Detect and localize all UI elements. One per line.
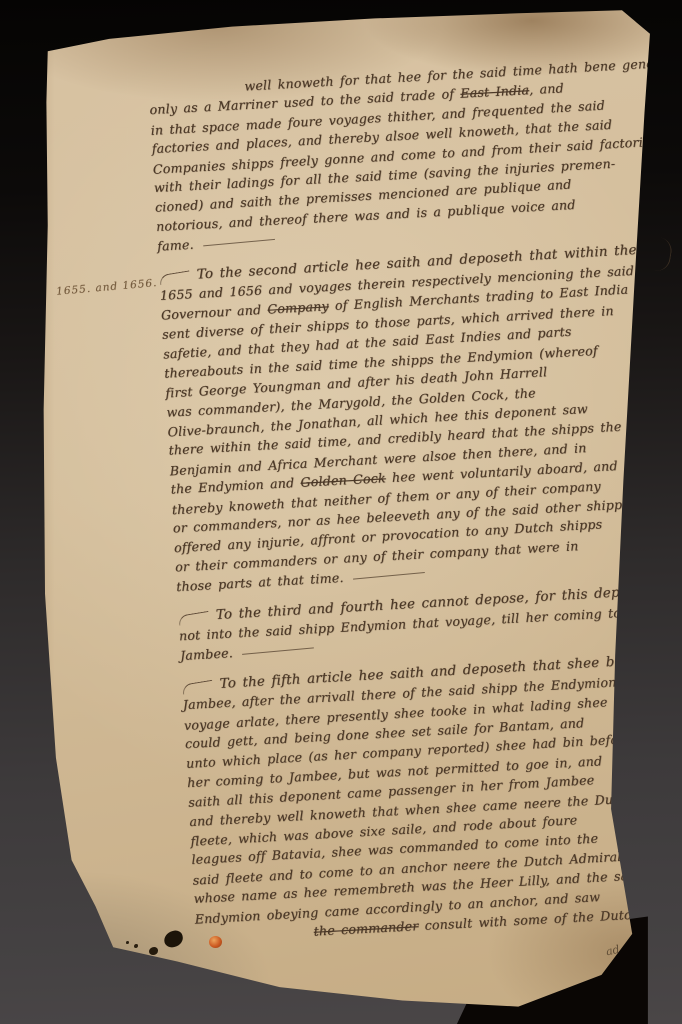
- facing-page-edge: [645, 0, 682, 1024]
- manuscript-photo: 1655. and 1656. well knoweth for that he…: [0, 0, 682, 1024]
- ink-blot-orange: [209, 936, 222, 948]
- ink-blot-speck: [134, 944, 138, 948]
- paragraph: To the third and fourth hee cannot depos…: [177, 581, 658, 666]
- manuscript-page: 1655. and 1656. well knoweth for that he…: [0, 0, 682, 1024]
- paragraph-flourish: [178, 610, 210, 625]
- margin-note-date: 1655. and 1656.: [56, 276, 167, 298]
- paragraph: To the fifth article hee saith and depos…: [181, 650, 673, 948]
- ink-blot-speck: [126, 941, 129, 944]
- paragraph: To the second article hee saith and depo…: [158, 241, 654, 597]
- ink-blot-large: [162, 929, 184, 949]
- ink-blot-small: [149, 947, 158, 955]
- paragraph-flourish: [182, 680, 214, 695]
- text-block: well knoweth for that hee for the said t…: [148, 55, 674, 959]
- paragraph: well knoweth for that hee for the said t…: [148, 55, 635, 256]
- paragraph-flourish: [159, 270, 191, 285]
